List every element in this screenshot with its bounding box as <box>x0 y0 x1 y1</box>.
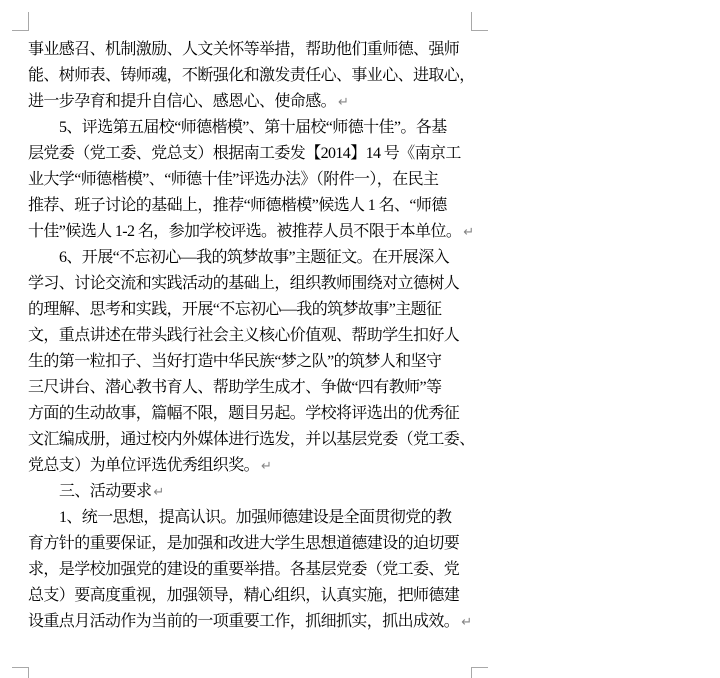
document-text[interactable]: 事业感召、机制激励、人文关怀等举措，帮助他们重师德、强师能、树师表、铸师魂，不断… <box>28 37 478 635</box>
line-text: 层党委（党工委、党总支）根据南工委发【2014】14 号《南京工 <box>28 145 461 162</box>
crop-mark-top-right-icon <box>471 12 488 31</box>
document-page: 事业感召、机制激励、人文关怀等举措，帮助他们重师德、强师能、树师表、铸师魂，不断… <box>0 0 720 678</box>
document-line: 方面的生动故事，篇幅不限，题目另起。学校将评选出的优秀征 <box>28 401 478 427</box>
document-line: 文，重点讲述在带头践行社会主义核心价值观、帮助学生扣好人 <box>28 323 478 349</box>
document-line: 推荐、班子讨论的基础上，推荐“师德楷模”候选人 1 名、“师德 <box>28 193 478 219</box>
document-line: 设重点月活动作为当前的一项重要工作，抓细抓实，抓出成效。↵ <box>28 609 478 635</box>
line-text: 1、统一思想，提高认识。加强师德建设是全面贯彻党的教 <box>59 509 451 526</box>
line-text: 求，是学校加强党的建设的重要举措。各基层党委（党工委、党 <box>28 561 459 578</box>
line-text: 三、活动要求 <box>59 483 151 500</box>
line-text: 总支）要高度重视，加强领导，精心组织，认真实施，把师德建 <box>28 587 459 604</box>
line-text: 学习、讨论交流和实践活动的基础上，组织教师围绕对立德树人 <box>28 275 459 292</box>
line-text: 育方针的重要保证，是加强和改进大学生思想道德建设的迫切要 <box>28 535 459 552</box>
document-line: 三、活动要求↵ <box>28 479 478 505</box>
line-text: 三尺讲台、潜心教书育人、帮助学生成才、争做“四有教师”等 <box>28 379 441 396</box>
crop-mark-bottom-right-icon <box>471 667 488 678</box>
paragraph-mark-icon: ↵ <box>153 485 164 500</box>
document-line: 1、统一思想，提高认识。加强师德建设是全面贯彻党的教 <box>28 505 478 531</box>
document-line: 6、开展“不忘初心—我的筑梦故事”主题征文。在开展深入 <box>28 245 478 271</box>
line-text: 方面的生动故事，篇幅不限，题目另起。学校将评选出的优秀征 <box>28 405 459 422</box>
document-line: 5、评选第五届校“师德楷模”、第十届校“师德十佳”。各基 <box>28 115 478 141</box>
document-line: 三尺讲台、潜心教书育人、帮助学生成才、争做“四有教师”等 <box>28 375 478 401</box>
paragraph-mark-icon: ↵ <box>261 459 272 474</box>
line-text: 设重点月活动作为当前的一项重要工作，抓细抓实，抓出成效。 <box>28 613 459 630</box>
line-text: 党总支）为单位评选优秀组织奖。 <box>28 457 259 474</box>
paragraph-mark-icon: ↵ <box>463 225 474 240</box>
document-line: 业大学“师德楷模”、“师德十佳”评选办法》（附件一），在民主 <box>28 167 478 193</box>
document-line: 事业感召、机制激励、人文关怀等举措，帮助他们重师德、强师 <box>28 37 478 63</box>
document-line: 求，是学校加强党的建设的重要举措。各基层党委（党工委、党 <box>28 557 478 583</box>
line-text: 文汇编成册，通过校内外媒体进行选发，并以基层党委（党工委、 <box>28 431 475 448</box>
crop-mark-top-left-icon <box>12 12 29 31</box>
line-text: 生的第一粒扣子、当好打造中华民族“梦之队”的筑梦人和坚守 <box>28 353 441 370</box>
line-text: 5、评选第五届校“师德楷模”、第十届校“师德十佳”。各基 <box>59 119 447 136</box>
line-text: 十佳”候选人 1-2 名，参加学校评选。被推荐人员不限于本单位。 <box>28 223 461 240</box>
line-text: 的理解、思考和实践，开展“不忘初心—我的筑梦故事”主题征 <box>28 301 441 318</box>
document-line: 学习、讨论交流和实践活动的基础上，组织教师围绕对立德树人 <box>28 271 478 297</box>
line-text: 6、开展“不忘初心—我的筑梦故事”主题征文。在开展深入 <box>59 249 449 266</box>
document-line: 层党委（党工委、党总支）根据南工委发【2014】14 号《南京工 <box>28 141 478 167</box>
document-line: 的理解、思考和实践，开展“不忘初心—我的筑梦故事”主题征 <box>28 297 478 323</box>
line-text: 进一步孕育和提升自信心、感恩心、使命感。 <box>28 93 336 110</box>
line-text: 能、树师表、铸师魂，不断强化和激发责任心、事业心、进取心， <box>28 67 475 84</box>
line-text: 事业感召、机制激励、人文关怀等举措，帮助他们重师德、强师 <box>28 41 459 58</box>
line-text: 文，重点讲述在带头践行社会主义核心价值观、帮助学生扣好人 <box>28 327 459 344</box>
document-line: 生的第一粒扣子、当好打造中华民族“梦之队”的筑梦人和坚守 <box>28 349 478 375</box>
line-text: 推荐、班子讨论的基础上，推荐“师德楷模”候选人 1 名、“师德 <box>28 197 447 214</box>
document-line: 育方针的重要保证，是加强和改进大学生思想道德建设的迫切要 <box>28 531 478 557</box>
document-line: 十佳”候选人 1-2 名，参加学校评选。被推荐人员不限于本单位。↵ <box>28 219 478 245</box>
paragraph-mark-icon: ↵ <box>461 615 472 630</box>
crop-mark-bottom-left-icon <box>12 667 29 678</box>
document-line: 党总支）为单位评选优秀组织奖。↵ <box>28 453 478 479</box>
document-line: 进一步孕育和提升自信心、感恩心、使命感。↵ <box>28 89 478 115</box>
document-line: 能、树师表、铸师魂，不断强化和激发责任心、事业心、进取心， <box>28 63 478 89</box>
document-line: 总支）要高度重视，加强领导，精心组织，认真实施，把师德建 <box>28 583 478 609</box>
line-text: 业大学“师德楷模”、“师德十佳”评选办法》（附件一），在民主 <box>28 171 438 188</box>
document-line: 文汇编成册，通过校内外媒体进行选发，并以基层党委（党工委、 <box>28 427 478 453</box>
paragraph-mark-icon: ↵ <box>338 95 349 110</box>
